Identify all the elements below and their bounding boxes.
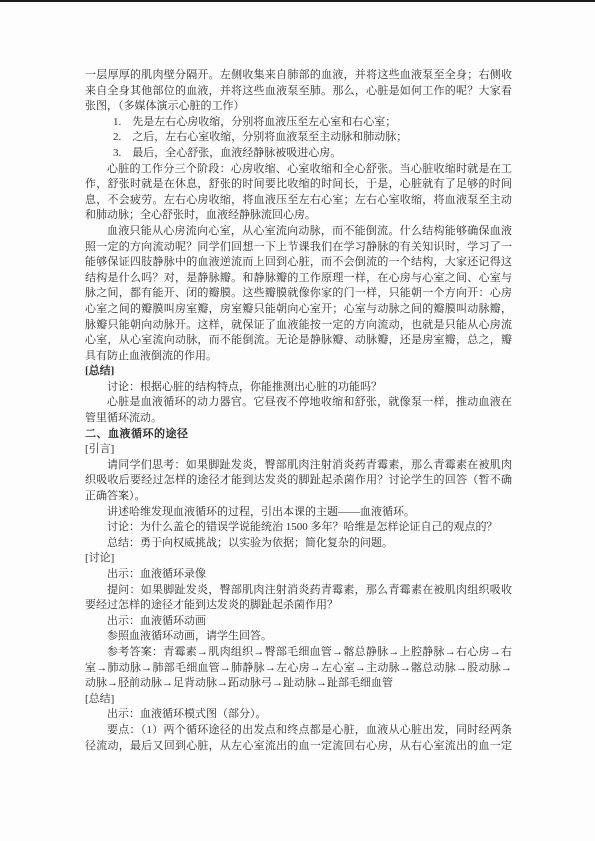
text-line: 讨论：根据心脏的结构特点，你能推测出心脏的功能吗？ — [85, 380, 512, 396]
text-line: 参照血液循环动画，请学生回答。 — [85, 629, 512, 645]
text-line: 心脏的工作分三个阶段：心房收缩、心室收缩和全心舒张。当心脏收缩时就是在工 — [85, 162, 512, 178]
text-line: [讨论] — [85, 551, 512, 567]
text-line: 息，不会疲劳。左右心房收缩，将血液压至左右心室；左右心室收缩，将血液泵至主动脉 — [85, 193, 512, 209]
text-line: 讲述哈维发现血液循环的过程，引出本课的主题——血液循环。 — [85, 505, 512, 521]
text-line: 和肺动脉；全心舒张时，血液经静脉流回心房。 — [85, 208, 512, 224]
text-line: 来自全身其他部位的血液，并将这些血液泵至肺。那么，心脏是如何工作的呢？大家看这 — [85, 84, 512, 100]
text-line: 径流动，最后又回到心脏，从左心室流出的血一定流回右心房，从右心室流出的血一定流 — [85, 739, 512, 755]
text-line: 讨论：为什么盖仑的错误学说能统治 1500 多年？哈维是怎样论证自己的观点的？ — [85, 520, 512, 536]
text-line: [总结] — [85, 692, 512, 708]
text-line: 脉之间，都有能开、闭的瓣膜。这些瓣膜就像你家的门一样，只能朝一个方向开：心房与 — [85, 286, 512, 302]
text-line: 张图，（多媒体演示心脏的工作） — [85, 99, 512, 115]
text-line: 一层厚厚的肌肉壁分隔开。左侧收集来自肺部的血液，并将这些血液泵至全身；右侧收集 — [85, 68, 512, 84]
text-line: 出示：血液循环录像 — [85, 567, 512, 583]
text-line: 心室之间的瓣膜叫房室瓣，房室瓣只能朝向心室开；心室与动脉之间的瓣膜叫动脉瓣，动 — [85, 302, 512, 318]
text-line: 心脏是血液循环的动力器官。它昼夜不停地收缩和舒张，就像泵一样，推动血液在血 — [85, 395, 512, 411]
text-line: 要点：（1）两个循环途径的出发点和终点都是心脏，血液从心脏出发，同时经两条途 — [85, 723, 512, 739]
text-line: 出示：血液循环模式图（部分）。 — [85, 707, 512, 723]
document-page: 一层厚厚的肌肉壁分隔开。左侧收集来自肺部的血液，并将这些血液泵至全身；右侧收集来… — [0, 0, 595, 841]
text-line: 血液只能从心房流向心室，从心室流向动脉，而不能倒流。什么结构能够确保血液按 — [85, 224, 512, 240]
text-line: 心室，从心室流向动脉，而不能倒流。无论是静脉瓣、动脉瓣，还是房室瓣，总之，瓣膜 — [85, 333, 512, 349]
text-line: 结构是什么吗？对，是静脉瓣。和静脉瓣的工作原理一样，在心房与心室之间、心室与动 — [85, 271, 512, 287]
text-line: 正确答案）。 — [85, 489, 512, 505]
text-line: 参考答案：青霉素→肌肉组织→臀部毛细血管→髂总静脉→上腔静脉→右心房→右心 — [85, 645, 512, 661]
text-line: 1. 先是左右心房收缩，分别将血液压至左心室和右心室； — [85, 115, 512, 131]
text-line: 动脉→胫前动脉→足背动脉→跖动脉弓→趾动脉→趾部毛细血管 — [85, 676, 512, 692]
text-line: 作，舒张时就是在休息，舒张的时间要比收缩的时间长，于是，心脏就有了足够的时间休 — [85, 177, 512, 193]
text-line: 具有防止血液倒流的作用。 — [85, 349, 512, 365]
text-line: 总结：勇于向权威挑战；以实验为依据；简化复杂的问题。 — [85, 536, 512, 552]
text-line: 3. 最后，全心舒张，血液经静脉被吸进心房。 — [85, 146, 512, 162]
text-line: 管里循环流动。 — [85, 411, 512, 427]
text-line: 照一定的方向流动呢？同学们回想一下上节课我们在学习静脉的有关知识时，学习了一种 — [85, 240, 512, 256]
page-top-edge — [0, 0, 595, 2]
text-line: 室→肺动脉→肺部毛细血管→肺静脉→左心房→左心室→主动脉→髂总动脉→股动脉→腘 — [85, 661, 512, 677]
text-line: [引言] — [85, 442, 512, 458]
text-line: 请同学们思考：如果脚趾发炎，臀部肌肉注射消炎药青霉素，那么青霉素在被肌肉组 — [85, 458, 512, 474]
text-line: 提问：如果脚趾发炎，臀部肌肉注射消炎药青霉素，那么青霉素在被肌肉组织吸收后 — [85, 583, 512, 599]
text-line: 2. 之后，左右心室收缩，分别将血液泵至主动脉和肺动脉； — [85, 130, 512, 146]
text-line: [总结] — [85, 364, 512, 380]
text-line: 出示：血液循环动画 — [85, 614, 512, 630]
text-line: 能够保证四肢静脉中的血液逆流而上回到心脏，而不会倒流的一个结构，大家还记得这个 — [85, 255, 512, 271]
text-line: 织吸收后要经过怎样的途径才能到达发炎的脚趾起杀菌作用？讨论学生的回答（暂不确定 — [85, 473, 512, 489]
lesson-plan-text-block: 一层厚厚的肌肉壁分隔开。左侧收集来自肺部的血液，并将这些血液泵至全身；右侧收集来… — [85, 68, 512, 754]
text-line: 要经过怎样的途径才能到达发炎的脚趾起杀菌作用？ — [85, 598, 512, 614]
text-line: 二、血液循环的途径 — [85, 427, 512, 443]
text-line: 脉瓣只能朝向动脉开。这样，就保证了血液能按一定的方向流动，也就是只能从心房流向 — [85, 318, 512, 334]
